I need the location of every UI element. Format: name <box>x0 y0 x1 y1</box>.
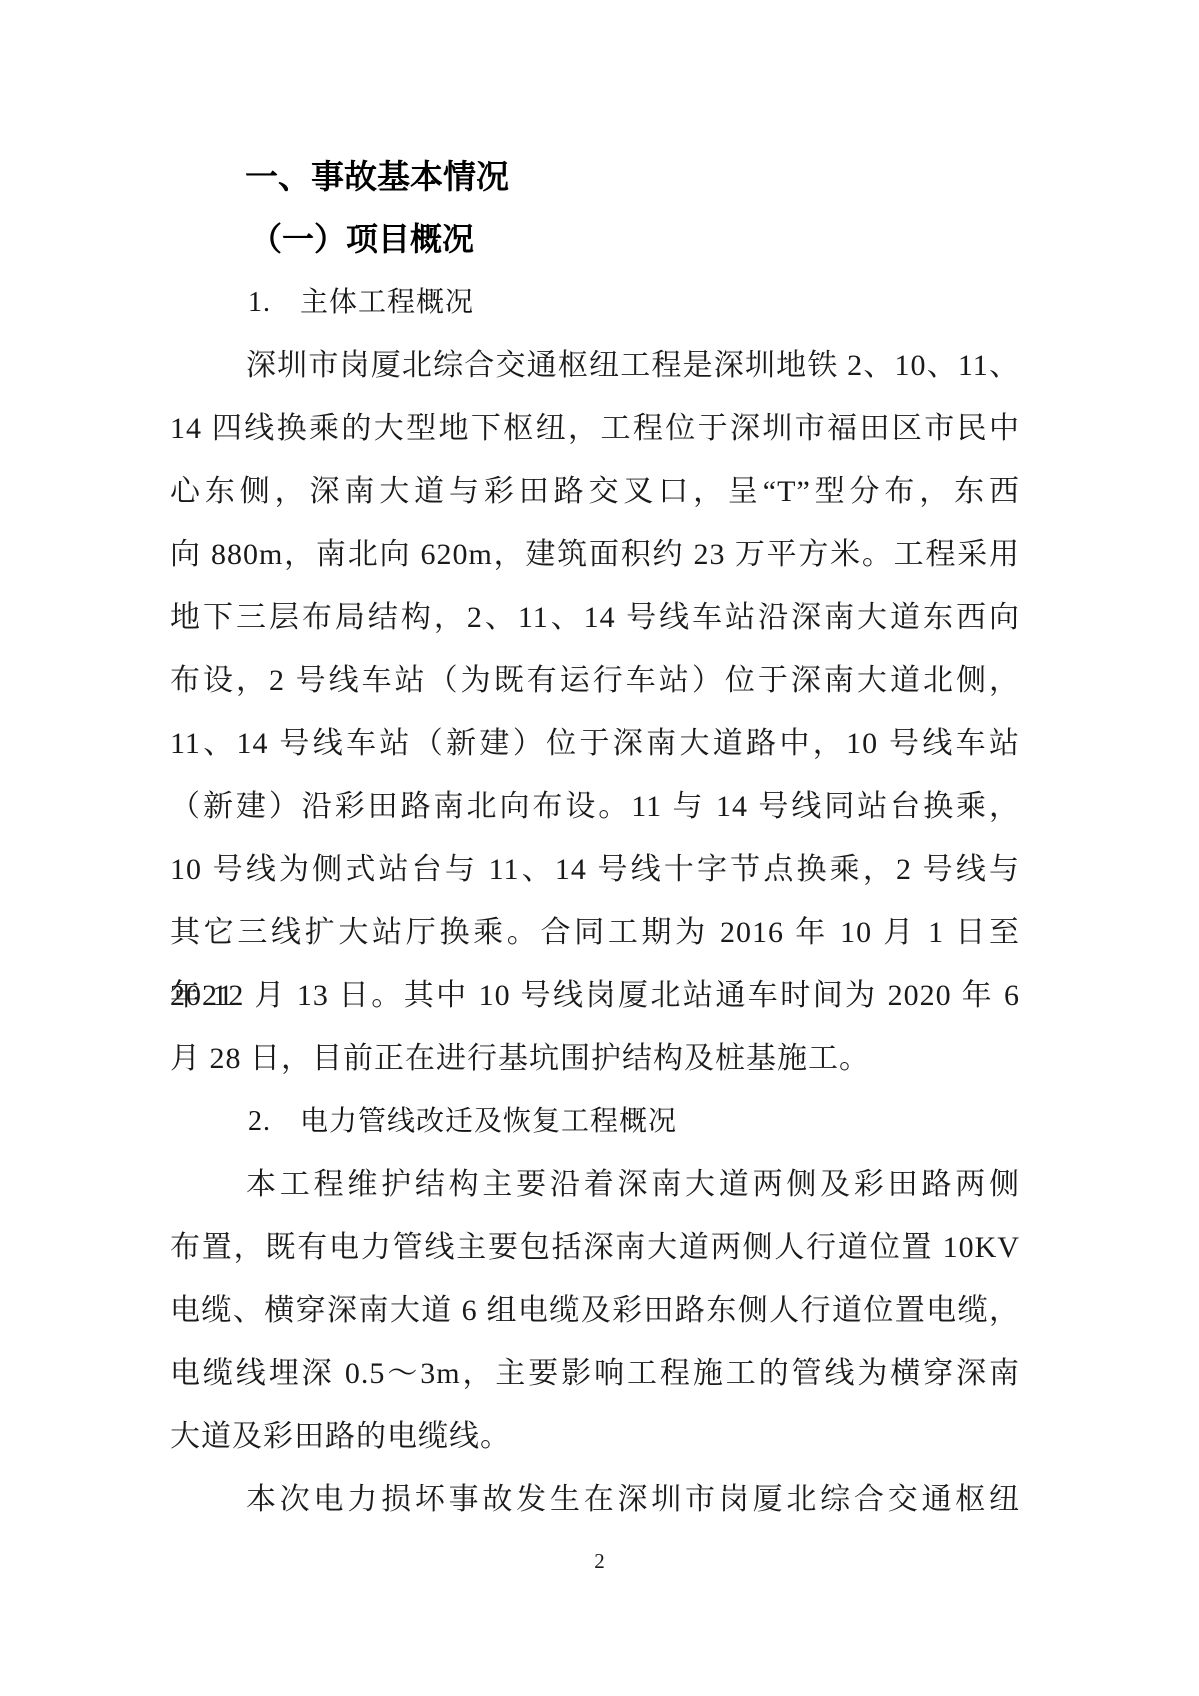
body-text-line: 布置，既有电力管线主要包括深南大道两侧人行道位置 10KV <box>170 1216 1020 1279</box>
numbered-item-heading: 2. 电力管线改迁及恢复工程概况 <box>170 1090 1020 1153</box>
body-text-line: 电缆线埋深 0.5～3m，主要影响工程施工的管线为横穿深南 <box>170 1342 1020 1405</box>
body-text-line: 向 880m，南北向 620m，建筑面积约 23 万平方米。工程采用 <box>170 523 1020 586</box>
body-text-line: 布设，2 号线车站（为既有运行车站）位于深南大道北侧， <box>170 649 1020 712</box>
subsection-heading: （一）项目概况 <box>170 208 1020 271</box>
body-text-line: 电缆、横穿深南大道 6 组电缆及彩田路东侧人行道位置电缆， <box>170 1279 1020 1342</box>
body-text-line: 其它三线扩大站厅换乘。合同工期为 2016 年 10 月 1 日至 2021 <box>170 901 1020 964</box>
body-text-line: 心东侧，深南大道与彩田路交叉口，呈“T”型分布，东西 <box>170 460 1020 523</box>
body-text-line: 本工程维护结构主要沿着深南大道两侧及彩田路两侧 <box>170 1153 1020 1216</box>
body-text-line: 深圳市岗厦北综合交通枢纽工程是深圳地铁 2、10、11、 <box>170 334 1020 397</box>
body-text-line: 14 四线换乘的大型地下枢纽，工程位于深圳市福田区市民中 <box>170 397 1020 460</box>
page-number: 2 <box>0 1545 1199 1577</box>
body-text-line: 年 12 月 13 日。其中 10 号线岗厦北站通车时间为 2020 年 6 <box>170 964 1020 1027</box>
body-text-line: 大道及彩田路的电缆线。 <box>170 1405 1020 1468</box>
body-text-line: 本次电力损坏事故发生在深圳市岗厦北综合交通枢纽 <box>170 1468 1020 1531</box>
document-body: 一、事故基本情况（一）项目概况1. 主体工程概况深圳市岗厦北综合交通枢纽工程是深… <box>170 145 1020 1531</box>
body-text-line: 月 28 日，目前正在进行基坑围护结构及桩基施工。 <box>170 1027 1020 1090</box>
numbered-item-heading: 1. 主体工程概况 <box>170 271 1020 334</box>
section-heading: 一、事故基本情况 <box>170 145 1020 208</box>
document-page: 一、事故基本情况（一）项目概况1. 主体工程概况深圳市岗厦北综合交通枢纽工程是深… <box>0 0 1199 1696</box>
body-text-line: 10 号线为侧式站台与 11、14 号线十字节点换乘，2 号线与 <box>170 838 1020 901</box>
body-text-line: （新建）沿彩田路南北向布设。11 与 14 号线同站台换乘， <box>170 775 1020 838</box>
body-text-line: 11、14 号线车站（新建）位于深南大道路中，10 号线车站 <box>170 712 1020 775</box>
body-text-line: 地下三层布局结构，2、11、14 号线车站沿深南大道东西向 <box>170 586 1020 649</box>
